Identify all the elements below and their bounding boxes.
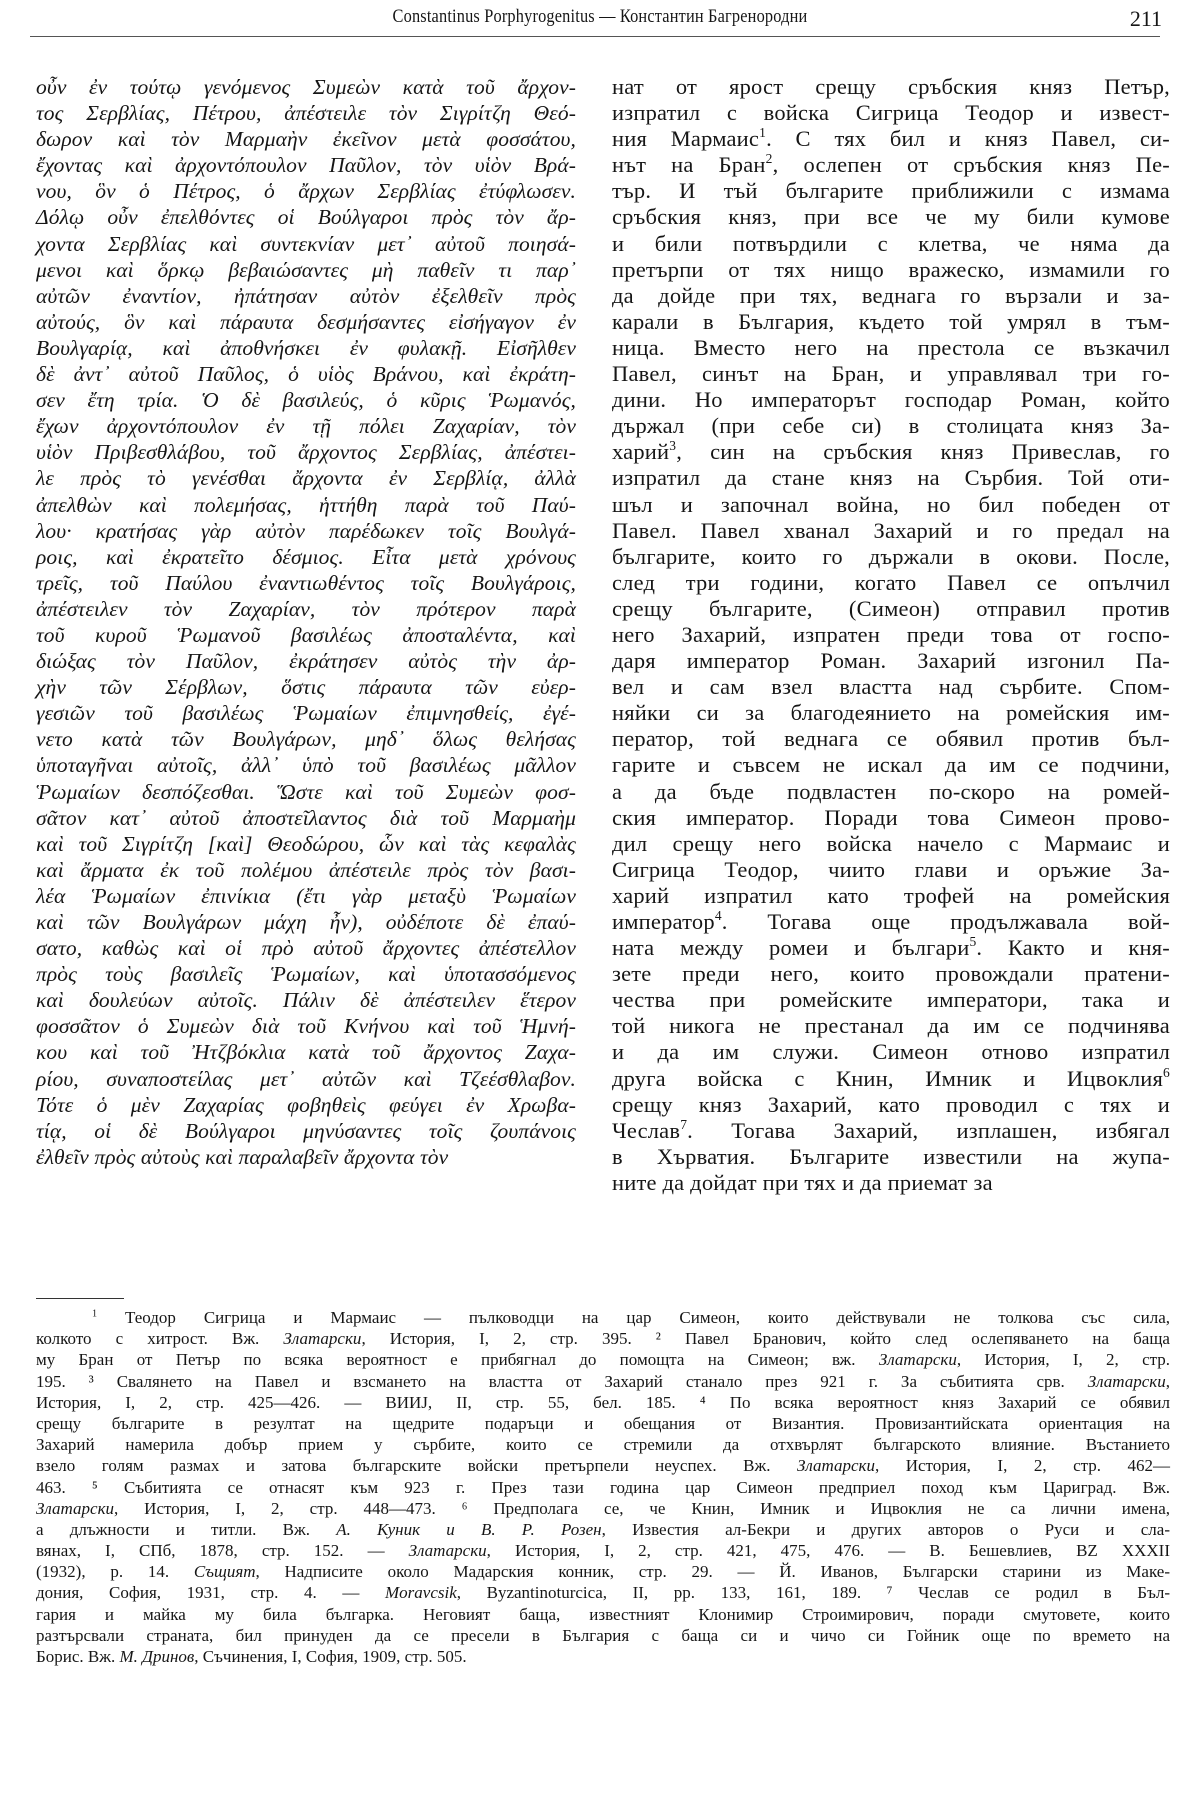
footnote-text: , Съчинения, I, София, 1909, стр. 505. (194, 1647, 466, 1666)
greek-line: διώξας τὸν Παῦλον, ἐκράτησεν αὐτὸς τὴν ἀ… (36, 648, 576, 674)
footnote-text: дония, София, 1931, стр. 4. — (36, 1583, 385, 1602)
footnote-text: , История, I, 2, стр. 395. ² Павел Брано… (361, 1329, 1170, 1348)
bulgarian-line: държал (при себе си) в столицата княз За… (612, 413, 1170, 439)
greek-line: γεσιῶν τοῦ βασιλέως Ῥωμαίων ἐπιμνησθείς,… (36, 700, 576, 726)
footnote-text: , Надписите около Мадарския конник, стр.… (256, 1562, 1170, 1581)
greek-line: φοσσᾶτον ὁ Συμεὼν διὰ τοῦ Κνήνου καὶ τοῦ… (36, 1013, 576, 1039)
bulgarian-line: в Хърватия. Българите известили на жупа- (612, 1144, 1170, 1170)
footnote-text: Теодор Сигрица и Мармаис — пълководци на… (97, 1308, 1170, 1327)
bulgarian-line: той никога не престанал да им се подчиня… (612, 1013, 1170, 1039)
greek-line: οὖν ἐν τούτῳ γενόμενος Συμεὼν κατὰ τοῦ ἄ… (36, 74, 576, 100)
greek-line: υἱὸν Πριβεσθλάβου, τοῦ ἄρχοντος Σερβλίας… (36, 439, 576, 465)
greek-line: μενοι καὶ ὅρκῳ βεβαιώσαντες μὴ παθεῖν τι… (36, 257, 576, 283)
line-text: . Тогава още продължавала вой- (722, 909, 1170, 934)
line-text: , син на сръбския княз Привеслав, го (676, 439, 1170, 464)
line-text: друга войска с Книн, Имник и Ицвоклия (612, 1066, 1163, 1091)
footnote-ref[interactable]: 2 (766, 152, 773, 167)
bulgarian-line: сръбския княз, при все че му били кумове (612, 204, 1170, 230)
bulgarian-line: дини. Но императорът господар Роман, кой… (612, 387, 1170, 413)
footnote-line: гария и майка му била българка. Неговият… (36, 1604, 1170, 1625)
footnote-text: , Byzantinoturcica, II, pp. 133, 161, 18… (457, 1583, 1170, 1602)
bulgarian-line: Сигрица Теодор, чиито глави и оръжие За- (612, 857, 1170, 883)
footnote-line: (1932), p. 14. Същият, Надписите около М… (36, 1561, 1170, 1582)
bulgarian-line: и да им служи. Симеон отново изпратил (612, 1039, 1170, 1065)
footnote-text: 195. ³ Свалянето на Павел и взсмането на… (36, 1372, 1088, 1391)
footnote-text: , Известия ал-Бекри и других авторов о Р… (602, 1520, 1170, 1539)
footnote-text: взело голям размах и затова българските … (36, 1456, 797, 1475)
greek-line: τίᾳ, οἱ δὲ Βούλγαροι μηνύσαντες τοῖς ζου… (36, 1118, 576, 1144)
bulgarian-line: Павел. Павел хванал Захарий и го предал … (612, 518, 1170, 544)
bulgarian-line: даря император Роман. Захарий изгонил Па… (612, 648, 1170, 674)
greek-line: κου καὶ τοῦ Ἠτζβόκλια κατὰ τοῦ ἄρχοντος … (36, 1039, 576, 1065)
footnote-line: Златарски, История, I, 2, стр. 448—473. … (36, 1498, 1170, 1519)
footnote-rule (36, 1298, 124, 1299)
line-text: император (612, 909, 715, 934)
bulgarian-line: нът на Бран2, ослепен от сръбския княз П… (612, 152, 1170, 178)
greek-line: ροις, καὶ ἐκρατεῖτο δέσμιος. Εἶτα μετὰ χ… (36, 544, 576, 570)
bulgarian-line: ния Мармаис1. С тях бил и княз Павел, си… (612, 126, 1170, 152)
bulgarian-line: чества при ромейските императори, така и (612, 987, 1170, 1013)
page-number: 211 (1130, 6, 1162, 32)
greek-line: σεν ἔτη τρία. Ὁ δὲ βασιλεύς, ὁ κῦρις Ῥωμ… (36, 387, 576, 413)
greek-line: καὶ ἄρματα ἐκ τοῦ πολέμου ἀπέστειλε πρὸς… (36, 857, 576, 883)
footnote-text: срещу българите в резултат на щедрите по… (36, 1414, 1170, 1433)
line-text: Чеслав (612, 1118, 680, 1143)
bulgarian-line: него Захарий, изпратен преди това от гос… (612, 622, 1170, 648)
greek-line: δὲ ἀντ᾽ αὐτοῦ Παῦλος, ὁ υἱὸς Βράνου, καὶ… (36, 361, 576, 387)
footnote-text: разтърсвали страната, бил принуден да се… (36, 1626, 1170, 1645)
bulgarian-line: изпратил да стане княз на Сърбия. Той от… (612, 465, 1170, 491)
footnote-text: Захарий намерила добър прием у сърбите, … (36, 1435, 1170, 1454)
cited-author: Златарски (409, 1541, 487, 1560)
bulgarian-line: срещу княз Захарий, като проводил с тях … (612, 1092, 1170, 1118)
greek-line: τρεῖς, τοῦ Παύλου ἐναντιωθέντος τοῖς Βου… (36, 570, 576, 596)
footnote-text: , История, I, 2, стр. 448—473. ⁶ Предпол… (114, 1499, 1170, 1518)
line-text: ната между ромеи и българи (612, 935, 969, 960)
footnote-text: колкото с хитрост. Вж. (36, 1329, 283, 1348)
running-header: Constantinus Porphyrogenitus — Константи… (0, 0, 1200, 50)
greek-line: ἔχων ἀρχοντόπουλον ἐν τῇ πόλει Ζαχαρίαν,… (36, 413, 576, 439)
bulgarian-line: и били потвърдили с клетва, че няма да (612, 231, 1170, 257)
bulgarian-line: да дойде при тях, веднага го вързали и з… (612, 283, 1170, 309)
line-text: . Тогава Захарий, изплашен, избягал (687, 1118, 1170, 1143)
footnotes: 1 Теодор Сигрица и Мармаис — пълководци … (36, 1307, 1170, 1667)
bulgarian-line: нат от ярост срещу сръбския княз Петър, (612, 74, 1170, 100)
line-text: нът на Бран (612, 152, 766, 177)
footnote-line: срещу българите в резултат на щедрите по… (36, 1413, 1170, 1434)
footnote-line: Борис. Вж. М. Дринов, Съчинения, I, Софи… (36, 1646, 1170, 1667)
footnote-text: , История, I, 2, стр. (957, 1350, 1170, 1369)
bulgarian-line: срещу българите, (Симеон) отправил проти… (612, 596, 1170, 622)
greek-line: τος Σερβλίας, Πέτρου, ἀπέστειλε τὸν Σιγρ… (36, 100, 576, 126)
bulgarian-line: дил срещу него войска начело с Мармаис и (612, 831, 1170, 857)
line-text: ния Мармаис (612, 126, 759, 151)
footnote-text: вянах, I, СПб, 1878, стр. 152. — (36, 1541, 409, 1560)
cited-author: Златарски (283, 1329, 361, 1348)
footnote-text: , (1166, 1372, 1170, 1391)
greek-line: λέα Ῥωμαίων ἐπινίκια (ἔτι γὰρ μεταξὺ Ῥωμ… (36, 883, 576, 909)
footnote-text: История, I, 2, стр. 425—426. — ВИИЈ, II,… (36, 1393, 1170, 1412)
bulgarian-line: друга войска с Книн, Имник и Ицвоклия6 (612, 1066, 1170, 1092)
footnote-line: дония, София, 1931, стр. 4. — Moravcsik,… (36, 1582, 1170, 1603)
bulgarian-line: Павел, синът на Бран, и управлявал три г… (612, 361, 1170, 387)
cited-author: Същият (194, 1562, 256, 1581)
greek-line: ἀπελθὼν καὶ πολεμήσας, ἡττήθη παρὰ τοῦ Π… (36, 492, 576, 518)
bulgarian-line: изпратил с войска Сигрица Теодор и извес… (612, 100, 1170, 126)
footnote-text: а длъжности и титли. Вж. (36, 1520, 336, 1539)
footnote-line: колкото с хитрост. Вж. Златарски, Истори… (36, 1328, 1170, 1349)
footnote-text: , История, I, 2, стр. 462— (875, 1456, 1170, 1475)
greek-line: Ῥωμαίων δεσπόζεσθαι. Ὥστε καὶ τοῦ Συμεὼν… (36, 779, 576, 805)
bulgarian-line: няйки си за благодеянието на ромейския и… (612, 700, 1170, 726)
bulgarian-line: ната между ромеи и българи5. Както и кня… (612, 935, 1170, 961)
greek-line: Τότε ὁ μὲν Ζαχαρίας φοβηθεὶς φεύγει ἐν Χ… (36, 1092, 576, 1118)
cited-author: Moravcsik (385, 1583, 457, 1602)
footnote-line: вянах, I, СПб, 1878, стр. 152. — Златарс… (36, 1540, 1170, 1561)
bulgarian-line: ница. Вместо него на престола се възкачи… (612, 335, 1170, 361)
greek-line: λε πρὸς τὸ γενέσθαι ἄρχοντα ἐν Σερβλίᾳ, … (36, 465, 576, 491)
greek-line: ὑποταγῆναι αὐτοῖς, ἀλλ᾽ ὑπὸ τοῦ βασιλέως… (36, 752, 576, 778)
bulgarian-line: император4. Тогава още продължавала вой- (612, 909, 1170, 935)
greek-line: νετο κατὰ τῶν Βουλγάρων, μηδ᾽ ὅλως θελήσ… (36, 726, 576, 752)
footnote-text: 463. ⁵ Събитията се отнасят към 923 г. П… (36, 1478, 1170, 1497)
cited-author: Златарски (797, 1456, 875, 1475)
cited-author: Златарски (879, 1350, 957, 1369)
footnote-line: взело голям размах и затова българските … (36, 1455, 1170, 1476)
bulgarian-line: шъл и започнал война, но бил победен от (612, 492, 1170, 518)
cited-author: Златарски (1088, 1372, 1166, 1391)
footnote-line: разтърсвали страната, бил принуден да се… (36, 1625, 1170, 1646)
bulgarian-translation-column: нат от ярост срещу сръбския княз Петър,и… (612, 74, 1170, 1196)
bulgarian-line: ския император. Поради това Симеон прово… (612, 805, 1170, 831)
header-rule (30, 36, 1160, 37)
bulgarian-line: българите, които го държали в окови. Пос… (612, 544, 1170, 570)
footnote-text: , История, I, 2, стр. 421, 475, 476. — В… (487, 1541, 1170, 1560)
footnote-text: Борис. Вж. (36, 1647, 120, 1666)
greek-line: πρὸς τοὺς βασιλεῖς Ῥωμαίων, καὶ ὑποτασσό… (36, 961, 576, 987)
greek-line: λου· κρατήσας γὰρ αὐτὸν παρέδωκεν τοῖς Β… (36, 518, 576, 544)
bulgarian-line: харий3, син на сръбския княз Привеслав, … (612, 439, 1170, 465)
cited-author: А. Куник и В. Р. Розен (336, 1520, 601, 1539)
bulgarian-line: вел и сам взел властта над сърбите. Спом… (612, 674, 1170, 700)
footnote-line: му Бран от Петър по всяка вероятност е п… (36, 1349, 1170, 1370)
footnote-line: а длъжности и титли. Вж. А. Куник и В. Р… (36, 1519, 1170, 1540)
greek-line: καὶ δουλεύων αὐτοῖς. Πάλιν δὲ ἀπέστειλεν… (36, 987, 576, 1013)
bulgarian-line: зете преди него, които провождали пратен… (612, 961, 1170, 987)
greek-line: ἔχοντας καὶ ἀρχοντόπουλον Παῦλον, τὸν υἱ… (36, 152, 576, 178)
footnote-ref[interactable]: 4 (715, 908, 722, 923)
greek-text-column: οὖν ἐν τούτῳ γενόμενος Συμεὼν κατὰ τοῦ ἄ… (36, 74, 576, 1170)
bulgarian-line: а да бъде подвластен по-скоро на ромей- (612, 779, 1170, 805)
footnote-text: гария и майка му била българка. Неговият… (36, 1605, 1170, 1624)
greek-line: Δόλῳ οὖν ἐπελθόντες οἱ Βούλγαροι πρὸς τὸ… (36, 204, 576, 230)
bulgarian-line: Чеслав7. Тогава Захарий, изплашен, избяг… (612, 1118, 1170, 1144)
greek-line: νου, ὃν ὁ Πέτρος, ὁ ἄρχων Σερβλίας ἐτύφλ… (36, 178, 576, 204)
greek-line: αὐτῶν ἐναντίον, ἠπάτησαν αὐτὸν ἐξελθεῖν … (36, 283, 576, 309)
greek-line: ἀπέστειλεν τὸν Ζαχαρίαν, τὸν πρότερον πα… (36, 596, 576, 622)
greek-line: ρίου, συναποστείλας μετ᾽ αὐτῶν καὶ Τζεέσ… (36, 1066, 576, 1092)
bulgarian-line: след три години, когато Павел се опълчил (612, 570, 1170, 596)
bulgarian-line: ните да дойдат при тях и да приемат за (612, 1170, 1170, 1196)
greek-line: χοντα Σερβλίας καὶ συντεκνίαν μετ᾽ αὐτοῦ… (36, 231, 576, 257)
bulgarian-line: харий изпратил като трофей на ромейския (612, 883, 1170, 909)
footnote-text: (1932), p. 14. (36, 1562, 194, 1581)
greek-line: αὐτούς, ὃν καὶ πάραυτα δεσμήσαντες εἰσήγ… (36, 309, 576, 335)
footnote-ref[interactable]: 6 (1163, 1065, 1170, 1080)
footnote-line: 463. ⁵ Събитията се отнасят към 923 г. П… (36, 1477, 1170, 1498)
greek-line: δωρον καὶ τὸν Μαρμαὴν ἐκεῖνον μετὰ φοσσά… (36, 126, 576, 152)
greek-line: καὶ τῶν Βουλγάρων μάχη ἦν), οὐδέποτε δὲ … (36, 909, 576, 935)
greek-line: χὴν τῶν Σέρβλων, ὅστις πάραυτα τῶν εὐερ- (36, 674, 576, 700)
footnote-line: 195. ³ Свалянето на Павел и взсмането на… (36, 1371, 1170, 1392)
bulgarian-line: карали в България, където той умрял в тъ… (612, 309, 1170, 335)
bulgarian-line: тър. И тъй българите приближили с измама (612, 178, 1170, 204)
bulgarian-line: гарите и съвсем не искал да им се подчин… (612, 752, 1170, 778)
cited-author: М. Дринов (120, 1647, 195, 1666)
line-text: , ослепен от сръбския княз Пе- (773, 152, 1170, 177)
greek-line: σατο, καθὼς καὶ οἱ πρὸ αὐτοῦ ἄρχοντες ἀπ… (36, 935, 576, 961)
footnote-line: Захарий намерила добър прием у сърбите, … (36, 1434, 1170, 1455)
greek-line: τοῦ κυροῦ Ῥωμανοῦ βασιλέως ἀποσταλέντα, … (36, 622, 576, 648)
line-text: . С тях бил и княз Павел, си- (766, 126, 1170, 151)
footnote-text: му Бран от Петър по всяка вероятност е п… (36, 1350, 879, 1369)
line-text: харий (612, 439, 669, 464)
cited-author: Златарски (36, 1499, 114, 1518)
running-title: Constantinus Porphyrogenitus — Константи… (84, 6, 1116, 28)
bulgarian-line: ператор, той веднага се обявил против бъ… (612, 726, 1170, 752)
footnote-line: 1 Теодор Сигрица и Мармаис — пълководци … (36, 1307, 1170, 1328)
greek-line: Βουλγαρίᾳ, καὶ ἀποθνήσκει ἐν φυλακῇ. Εἰσ… (36, 335, 576, 361)
greek-line: σᾶτον κατ᾽ αὐτοῦ ἀποστεῖλαντος διὰ τοῦ Μ… (36, 805, 576, 831)
greek-line: ἐλθεῖν πρὸς αὐτοὺς καὶ παραλαβεῖν ἄρχοντ… (36, 1144, 576, 1170)
greek-line: καὶ τοῦ Σιγρίτζη [καὶ] Θεοδώρου, ὧν καὶ … (36, 831, 576, 857)
footnote-line: История, I, 2, стр. 425—426. — ВИИЈ, II,… (36, 1392, 1170, 1413)
line-text: . Както и кня- (976, 935, 1170, 960)
bulgarian-line: претърпи от тях нищо вражеско, измамили … (612, 257, 1170, 283)
